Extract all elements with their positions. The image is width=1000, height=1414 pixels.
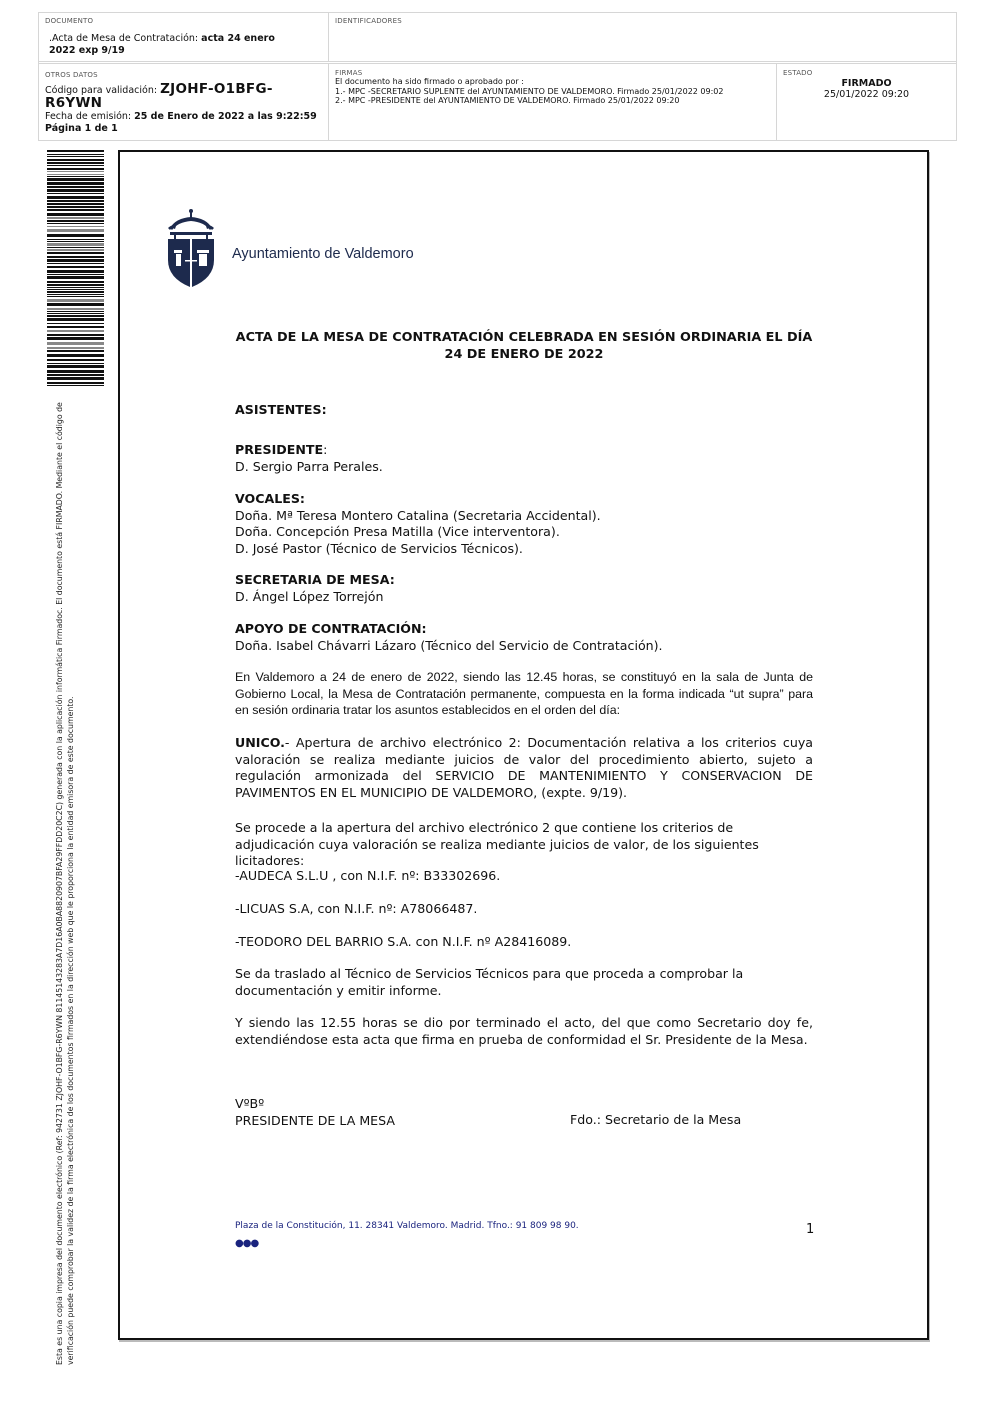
- vocal-item: Doña. Mª Teresa Montero Catalina (Secret…: [235, 508, 813, 525]
- president-signature-block: VºBº PRESIDENTE DE LA MESA: [235, 1096, 395, 1129]
- page-title: ACTA DE LA MESA DE CONTRATACIÓN CELEBRAD…: [235, 330, 813, 363]
- page-count: Página 1 de 1: [45, 123, 322, 135]
- footer-address: Plaza de la Constitución, 11. 28341 Vald…: [235, 1221, 579, 1231]
- verification-side-note: Esta es una copia impresa del documento …: [55, 425, 76, 1365]
- signature-metadata-table: DOCUMENTO .Acta de Mesa de Contratación:…: [38, 12, 957, 141]
- barcode: [47, 150, 104, 390]
- presidente-section: PRESIDENTE: D. Sergio Parra Perales.: [235, 442, 813, 475]
- vocal-item: Doña. Concepción Presa Matilla (Vice int…: [235, 524, 813, 541]
- procede-paragraph: Se procede a la apertura del archivo ele…: [235, 820, 813, 870]
- presidente-mesa-label: PRESIDENTE DE LA MESA: [235, 1113, 395, 1130]
- firma-line: 2.- MPC -PRESIDENTE del AYUNTAMIENTO DE …: [335, 96, 770, 106]
- page-number: 1: [806, 1222, 814, 1237]
- apoyo-name: Doña. Isabel Chávarri Lázaro (Técnico de…: [235, 638, 813, 655]
- emission-date-line: Fecha de emisión: 25 de Enero de 2022 a …: [45, 111, 322, 123]
- secretaria-heading: SECRETARIA DE MESA:: [235, 572, 813, 589]
- apoyo-section: APOYO DE CONTRATACIÓN: Doña. Isabel Cháv…: [235, 621, 813, 654]
- otros-datos-cell: OTROS DATOS Código para validación: ZJOH…: [39, 64, 329, 140]
- status-badge: FIRMADO: [783, 78, 950, 89]
- firma-line: 1.- MPC -SECRETARIO SUPLENTE del AYUNTAM…: [335, 87, 770, 97]
- unico-label: UNICO.: [235, 735, 285, 750]
- side-note-line: verificación puede comprobar la validez …: [66, 425, 77, 1365]
- presidente-colon: :: [323, 442, 327, 457]
- documento-cell: DOCUMENTO .Acta de Mesa de Contratación:…: [39, 13, 329, 61]
- secretaria-section: SECRETARIA DE MESA: D. Ángel López Torre…: [235, 572, 813, 605]
- status-date: 25/01/2022 09:20: [783, 89, 950, 100]
- unico-paragraph: UNICO.- Apertura de archivo electrónico …: [235, 735, 813, 801]
- vocal-item: D. José Pastor (Técnico de Servicios Téc…: [235, 541, 813, 558]
- presidente-name: D. Sergio Parra Perales.: [235, 459, 813, 476]
- validation-code-line: Código para validación: ZJOHF-O1BFG-R6YW…: [45, 83, 322, 111]
- traslado-paragraph: Se da traslado al Técnico de Servicios T…: [235, 966, 813, 999]
- otros-datos-label: OTROS DATOS: [45, 71, 322, 79]
- firmas-label: FIRMAS: [335, 69, 770, 77]
- licitador-item: -TEODORO DEL BARRIO S.A. con N.I.F. nº A…: [235, 934, 813, 951]
- document-title: .Acta de Mesa de Contratación: acta 24 e…: [49, 33, 279, 57]
- asistentes-heading: ASISTENTES:: [235, 402, 813, 419]
- estado-cell: ESTADO FIRMADO 25/01/2022 09:20: [777, 64, 956, 140]
- vocales-heading: VOCALES:: [235, 491, 813, 508]
- secretaria-name: D. Ángel López Torrejón: [235, 589, 813, 606]
- coat-of-arms-icon: [166, 208, 216, 288]
- organization-name: Ayuntamiento de Valdemoro: [232, 246, 414, 262]
- identificadores-label: IDENTIFICADORES: [335, 17, 950, 25]
- vocales-section: VOCALES: Doña. Mª Teresa Montero Catalin…: [235, 491, 813, 557]
- estado-label: ESTADO: [783, 69, 950, 77]
- apoyo-heading: APOYO DE CONTRATACIÓN:: [235, 621, 813, 638]
- footer-dots-icon: ●●●: [235, 1238, 258, 1249]
- identificadores-cell: IDENTIFICADORES: [329, 13, 956, 61]
- document-title-prefix: .Acta de Mesa de Contratación:: [49, 33, 201, 44]
- firmas-intro: El documento ha sido firmado o aprobado …: [335, 77, 770, 87]
- presidente-heading: PRESIDENTE: [235, 442, 323, 457]
- documento-label: DOCUMENTO: [45, 17, 322, 25]
- unico-text: - Apertura de archivo electrónico 2: Doc…: [235, 735, 813, 800]
- vobo-label: VºBº: [235, 1096, 395, 1113]
- licitador-item: -AUDECA S.L.U , con N.I.F. nº: B33302696…: [235, 868, 813, 885]
- side-note-line: Esta es una copia impresa del documento …: [55, 425, 66, 1365]
- emission-date-label: Fecha de emisión:: [45, 111, 134, 122]
- secretary-signature-label: Fdo.: Secretario de la Mesa: [570, 1112, 741, 1129]
- emission-date: 25 de Enero de 2022 a las 9:22:59: [134, 111, 317, 122]
- intro-paragraph: En Valdemoro a 24 de enero de 2022, sien…: [235, 669, 813, 719]
- licitador-item: -LICUAS S.A, con N.I.F. nº: A78066487.: [235, 901, 813, 918]
- cierre-paragraph: Y siendo las 12.55 horas se dio por term…: [235, 1015, 813, 1048]
- firmas-cell: FIRMAS El documento ha sido firmado o ap…: [329, 64, 777, 140]
